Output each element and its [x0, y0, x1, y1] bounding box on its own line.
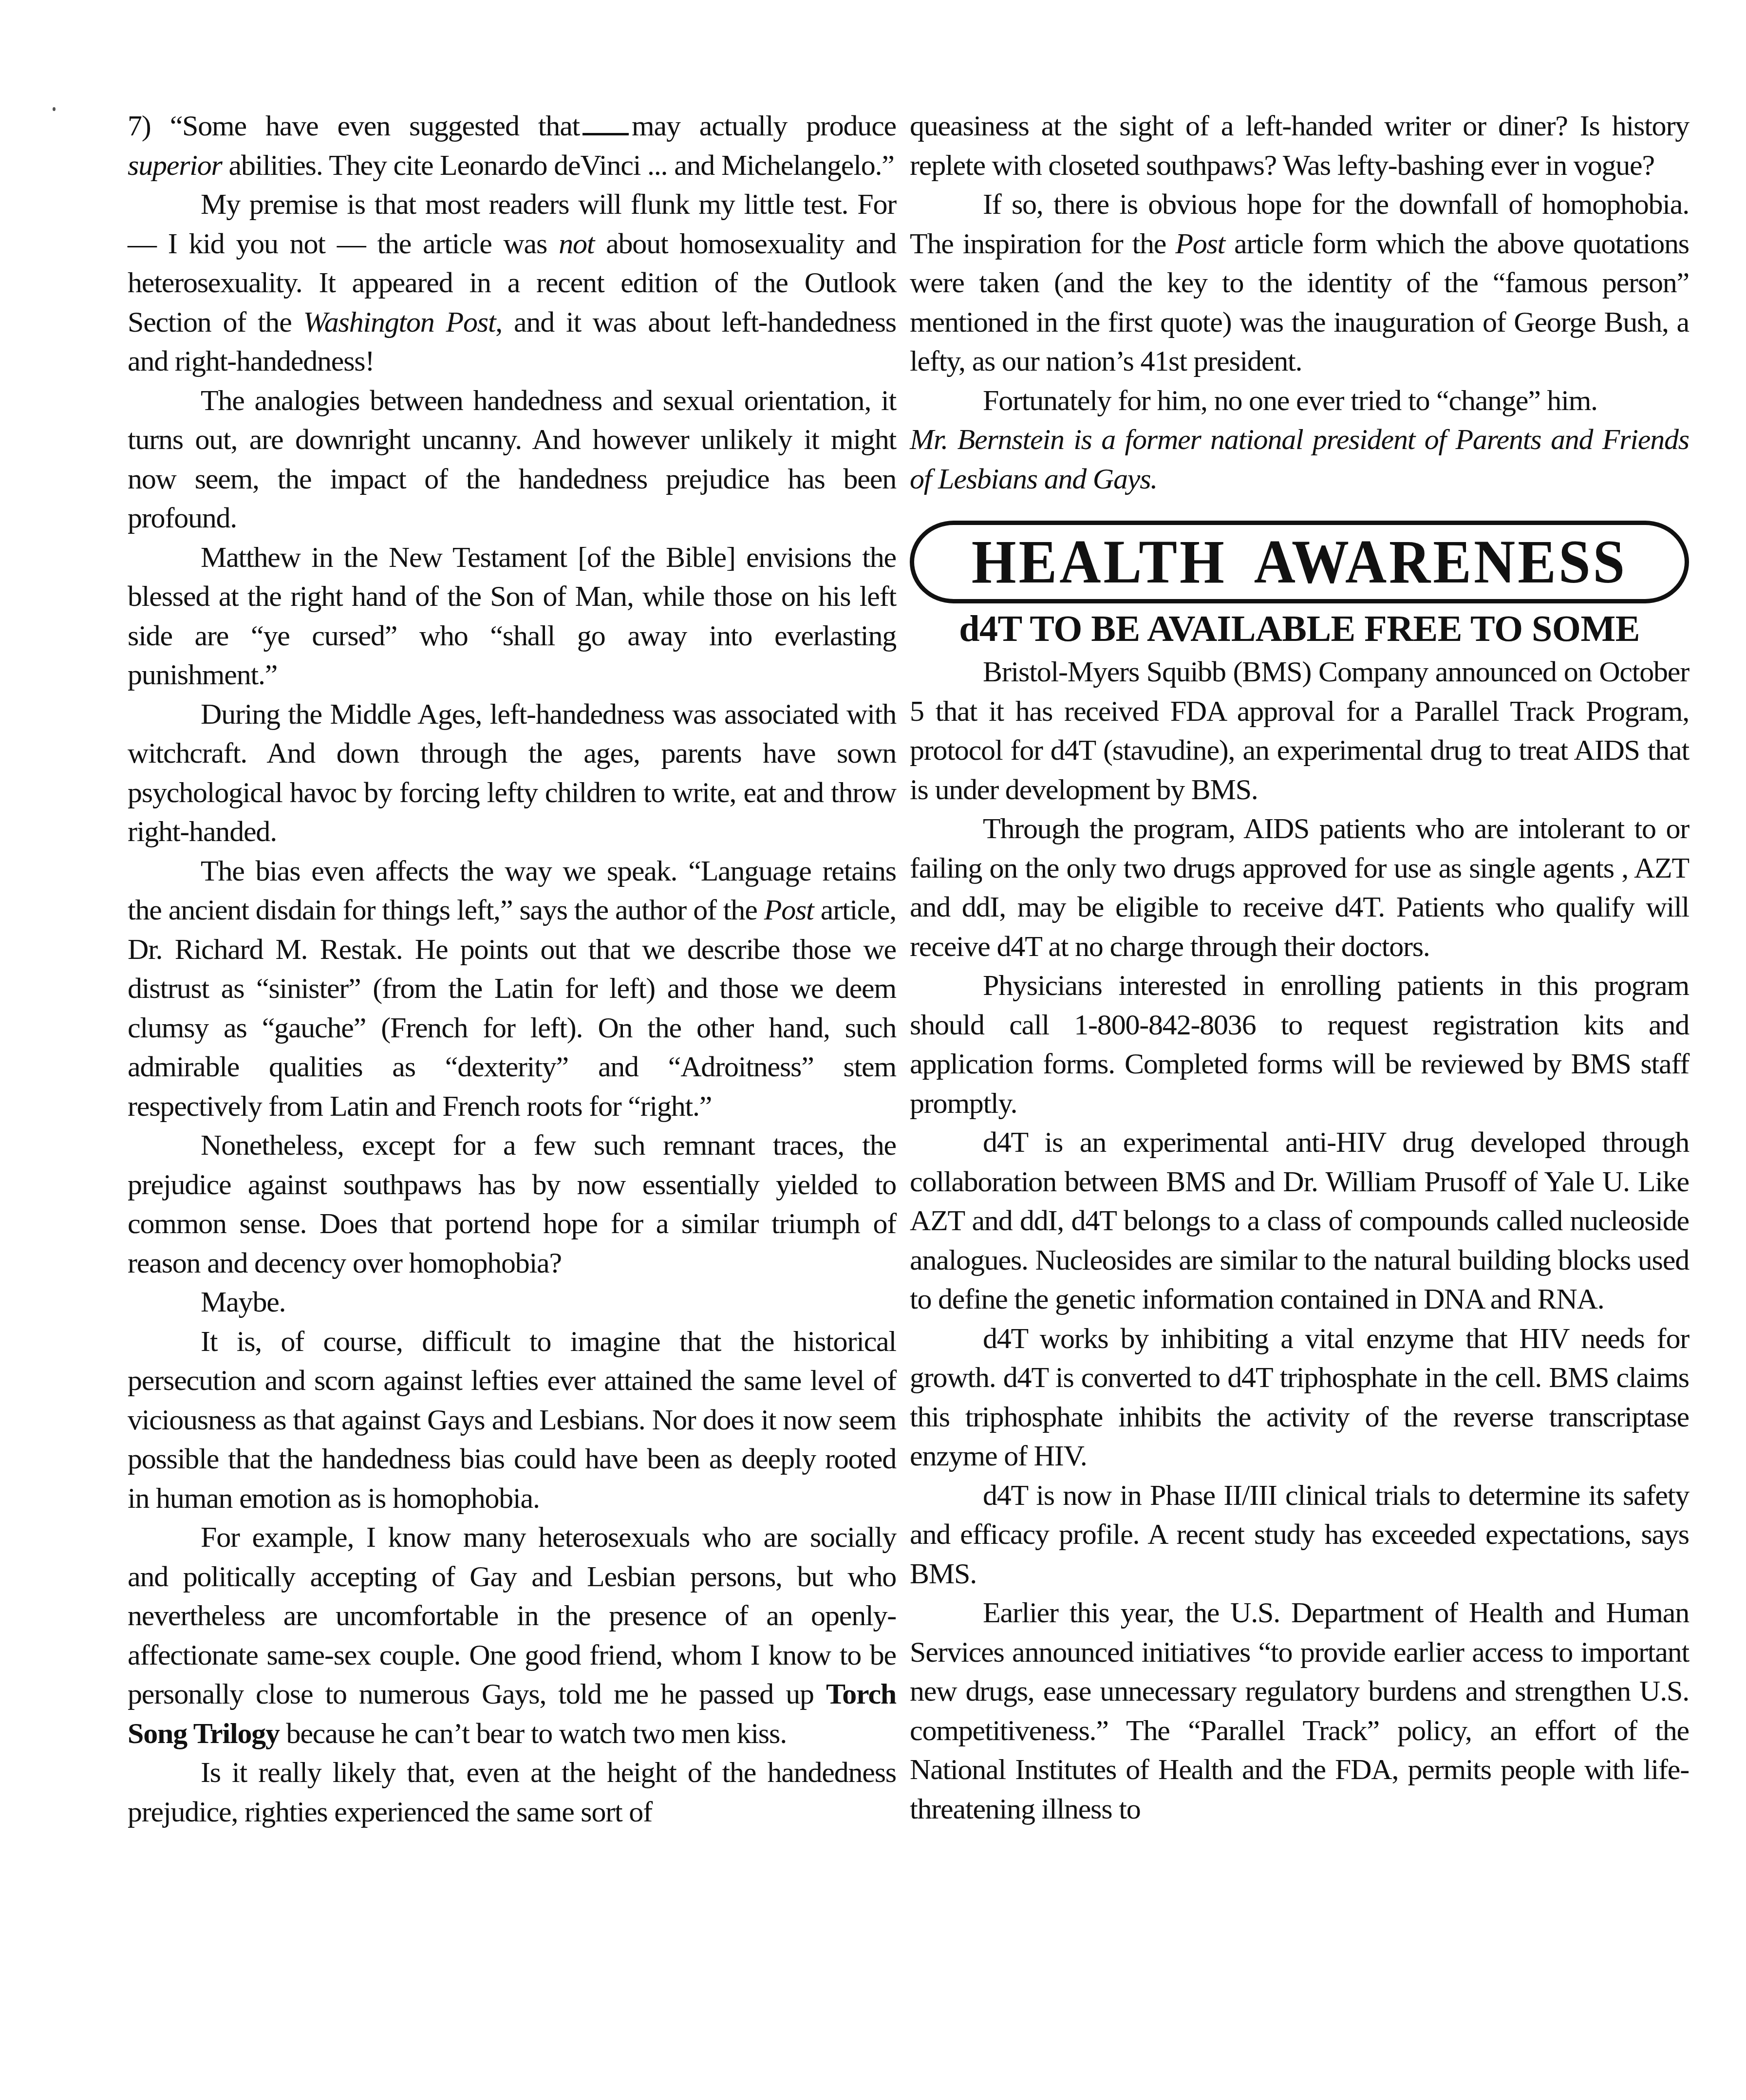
paragraph-hope: If so, there is obvious hope for the dow… — [910, 185, 1689, 381]
paragraph-premise: My premise is that most readers will flu… — [128, 185, 896, 381]
italic-text: not — [559, 227, 594, 260]
quote-7: 7) “Some have even suggested thatmay act… — [128, 106, 896, 185]
paragraph-trials: d4T is now in Phase II/III clinical tria… — [910, 1476, 1689, 1594]
paragraph-hhs: Earlier this year, the U.S. Department o… — [910, 1593, 1689, 1828]
section-header-box: HEALTH AWARENESS — [910, 521, 1689, 603]
paragraph-program: Through the program, AIDS patients who a… — [910, 809, 1689, 966]
paragraph-bms-announcement: Bristol-Myers Squibb (BMS) Company annou… — [910, 652, 1689, 809]
paragraph-continued: queasiness at the sight of a left-handed… — [910, 106, 1689, 185]
paragraph-maybe: Maybe. — [128, 1282, 896, 1322]
paragraph-fortunately: Fortunately for him, no one ever tried t… — [910, 381, 1689, 420]
text: because he can’t bear to watch two men k… — [280, 1717, 787, 1749]
right-column: queasiness at the sight of a left-handed… — [910, 106, 1689, 1828]
quote-7-rest: abilities. They cite Leonardo deVinci ..… — [222, 149, 894, 181]
section-title: HEALTH AWARENESS — [972, 541, 1627, 583]
quote-7-italic: superior — [128, 149, 222, 181]
paragraph-language: The bias even affects the way we speak. … — [128, 851, 896, 1126]
paragraph-matthew: Matthew in the New Testament [of the Bib… — [128, 538, 896, 694]
article-headline: d4T TO BE AVAILABLE FREE TO SOME — [910, 606, 1689, 651]
italic-publication: Washington Post — [303, 306, 495, 338]
text: For example, I know many heterosexuals w… — [128, 1521, 896, 1710]
paragraph-really-likely: Is it really likely that, even at the he… — [128, 1753, 896, 1831]
paragraph-mechanism: d4T works by inhibiting a vital enzyme t… — [910, 1319, 1689, 1476]
paragraph-middle-ages: During the Middle Ages, left-handedness … — [128, 694, 896, 851]
left-column: 7) “Some have even suggested thatmay act… — [128, 106, 896, 1831]
paragraph-experimental: d4T is an experimental anti-HIV drug dev… — [910, 1123, 1689, 1319]
scan-speck — [53, 107, 56, 111]
quote-7-prefix: 7) “Some have even suggested that — [128, 110, 580, 142]
text: article, Dr. Richard M. Restak. He point… — [128, 894, 896, 1122]
paragraph-nonetheless: Nonetheless, except for a few such remna… — [128, 1125, 896, 1282]
italic-publication: Post — [764, 894, 814, 926]
quote-7-middle: may actually produce — [632, 110, 896, 142]
italic-publication: Post — [1175, 227, 1225, 260]
paragraph-example: For example, I know many heterosexuals w… — [128, 1518, 896, 1753]
paragraph-historical: It is, of course, difficult to imagine t… — [128, 1322, 896, 1518]
blank-line — [582, 111, 629, 135]
paragraph-physicians: Physicians interested in enrolling patie… — [910, 966, 1689, 1123]
paragraph-analogies: The analogies between handedness and sex… — [128, 381, 896, 538]
author-byline: Mr. Bernstein is a former national presi… — [910, 420, 1689, 498]
